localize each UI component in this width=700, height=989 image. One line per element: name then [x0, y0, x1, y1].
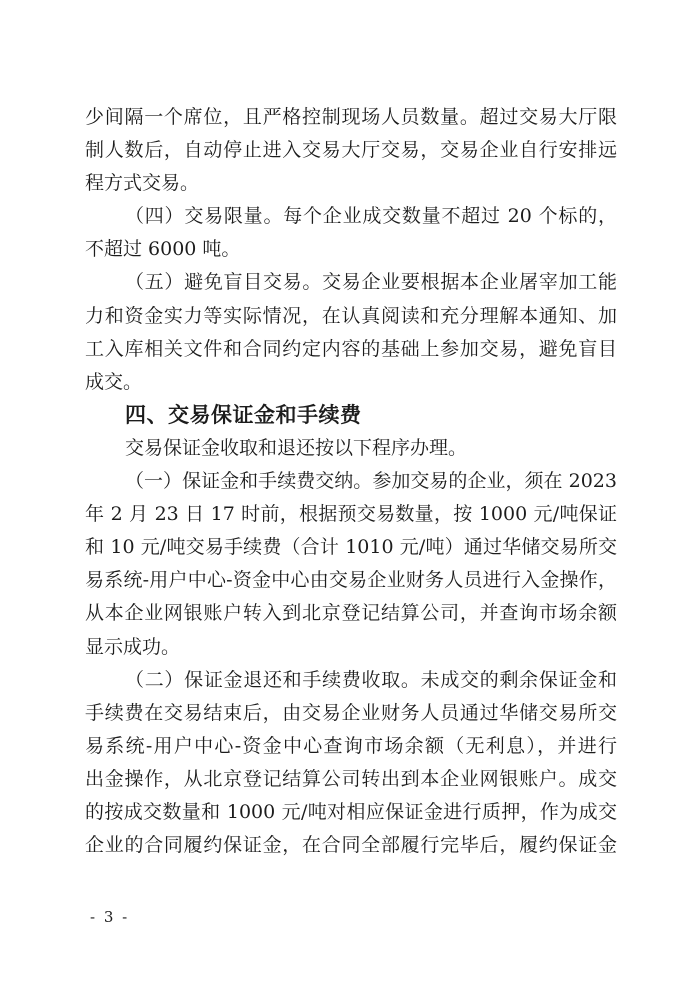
- document-line: 手续费在交易结束后，由交易企业财务人员通过华储交易所交: [85, 697, 617, 730]
- document-line: （一）保证金和手续费交纳。参加交易的企业，须在 2023: [85, 465, 617, 498]
- document-line: 成交。: [85, 366, 617, 399]
- page-number: - 3 -: [90, 908, 129, 926]
- document-line: 显示成功。: [85, 631, 617, 664]
- document-line: 和 10 元/吨交易手续费（合计 1010 元/吨）通过华储交易所交: [85, 531, 617, 564]
- document-line: 出金操作，从北京登记结算公司转出到本企业网银账户。成交: [85, 763, 617, 796]
- text-block: 少间隔一个席位，且严格控制现场人员数量。超过交易大厅限制人数后，自动停止进入交易…: [85, 101, 617, 862]
- section-heading: 四、交易保证金和手续费: [85, 399, 617, 432]
- document-page: 少间隔一个席位，且严格控制现场人员数量。超过交易大厅限制人数后，自动停止进入交易…: [0, 0, 700, 989]
- document-line: 程方式交易。: [85, 167, 617, 200]
- document-line: 年 2 月 23 日 17 时前，根据预交易数量，按 1000 元/吨保证金: [85, 498, 617, 531]
- document-line: （五）避免盲目交易。交易企业要根据本企业屠宰加工能: [85, 266, 617, 299]
- document-line: 不超过 6000 吨。: [85, 233, 617, 266]
- document-line: 易系统-用户中心-资金中心查询市场余额（无利息），并进行: [85, 730, 617, 763]
- document-line: 企业的合同履约保证金，在合同全部履行完毕后，履约保证金: [85, 829, 617, 862]
- document-line: 工入库相关文件和合同约定内容的基础上参加交易，避免盲目: [85, 333, 617, 366]
- document-line: 力和资金实力等实际情况，在认真阅读和充分理解本通知、加: [85, 300, 617, 333]
- document-line: 从本企业网银账户转入到北京登记结算公司，并查询市场余额: [85, 597, 617, 630]
- document-line: （四）交易限量。每个企业成交数量不超过 20 个标的，即: [85, 200, 617, 233]
- document-line: 易系统-用户中心-资金中心由交易企业财务人员进行入金操作，: [85, 564, 617, 597]
- document-line: （二）保证金退还和手续费收取。未成交的剩余保证金和: [85, 664, 617, 697]
- document-line: 的按成交数量和 1000 元/吨对相应保证金进行质押，作为成交: [85, 796, 617, 829]
- document-line: 交易保证金收取和退还按以下程序办理。: [85, 432, 617, 465]
- document-line: 少间隔一个席位，且严格控制现场人员数量。超过交易大厅限: [85, 101, 617, 134]
- document-line: 制人数后，自动停止进入交易大厅交易，交易企业自行安排远: [85, 134, 617, 167]
